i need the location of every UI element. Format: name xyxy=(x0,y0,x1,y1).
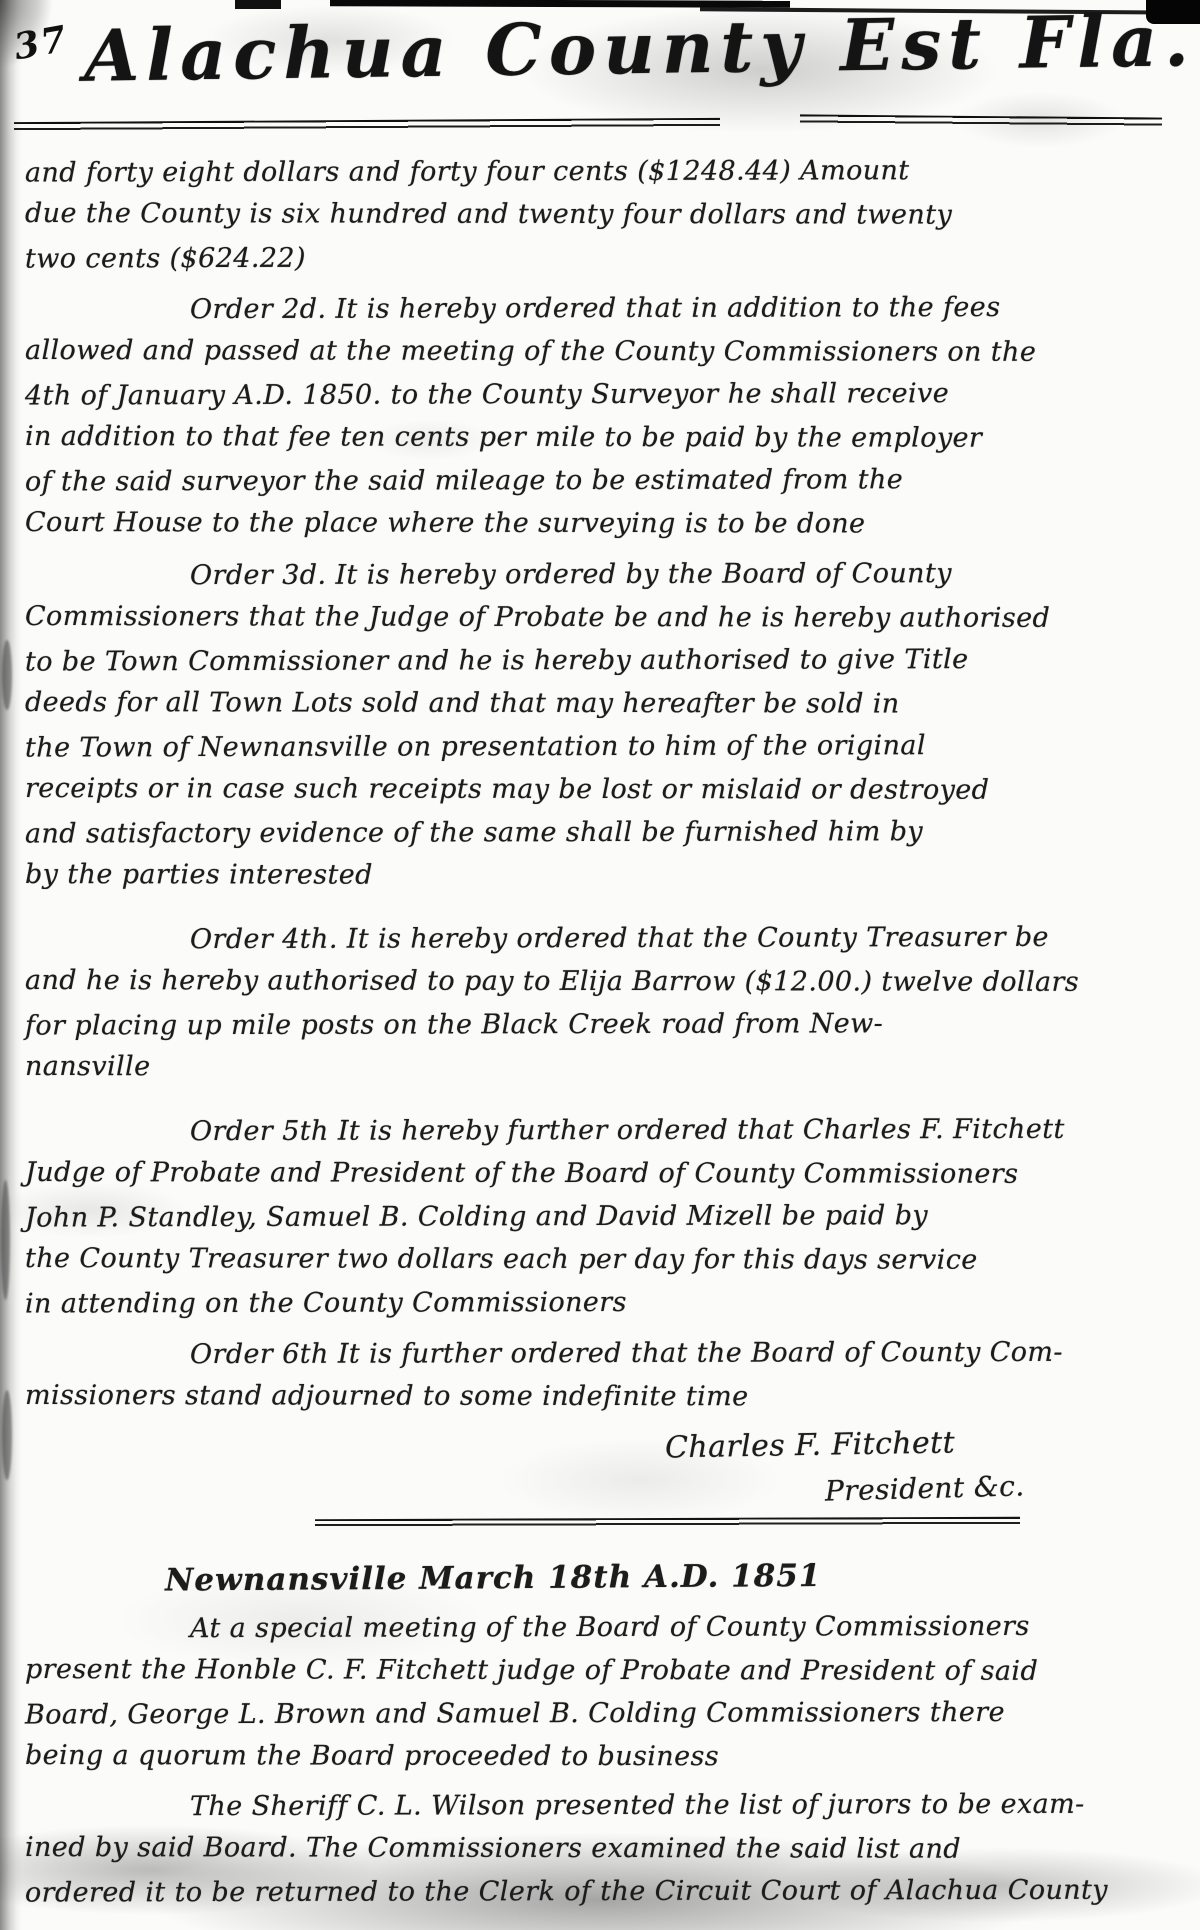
manuscript-line: and forty eight dollars and forty four c… xyxy=(25,148,1175,194)
section-date-heading: Newnansville March 18th A.D. 1851 xyxy=(165,1550,1175,1603)
edge-blotch xyxy=(2,640,12,710)
edge-blotch xyxy=(2,1390,12,1480)
paragraph: Order 6th It is further ordered that the… xyxy=(25,1332,1175,1418)
manuscript-line: and satisfactory evidence of the same sh… xyxy=(25,809,1175,855)
binding-edge-artifact xyxy=(0,0,22,1930)
manuscript-line: Judge of Probate and President of the Bo… xyxy=(25,1151,1175,1196)
paragraph: At a special meeting of the Board of Cou… xyxy=(25,1606,1175,1778)
paragraph: and forty eight dollars and forty four c… xyxy=(25,150,1175,279)
manuscript-line: ordered it to be returned to the Clerk o… xyxy=(25,1868,1175,1914)
manuscript-line: Commissioners that the Judge of Probate … xyxy=(25,595,1175,640)
manuscript-line: Order 6th It is further ordered that the… xyxy=(25,1330,1175,1376)
signature-title: President &c. xyxy=(824,1460,1175,1512)
heading-underline xyxy=(14,118,720,131)
manuscript-line: for placing up mile posts on the Black C… xyxy=(25,1001,1175,1047)
manuscript-line: due the County is six hundred and twenty… xyxy=(25,192,1175,237)
manuscript-line: receipts or in case such receipts may be… xyxy=(25,767,1175,812)
manuscript-line: Order 2d. It is hereby ordered that in a… xyxy=(25,285,1175,331)
section-divider xyxy=(315,1517,1020,1527)
paragraph: Order 2d. It is hereby ordered that in a… xyxy=(25,287,1175,545)
heading-underline xyxy=(800,114,1162,126)
manuscript-line: Order 3d. It is hereby ordered by the Bo… xyxy=(25,551,1175,597)
manuscript-line: Court House to the place where the surve… xyxy=(25,501,1175,546)
page-number: 37 xyxy=(11,18,72,69)
paragraph: The Sheriff C. L. Wilson presented the l… xyxy=(25,1784,1175,1913)
manuscript-line: Order 5th It is hereby further ordered t… xyxy=(25,1107,1175,1153)
manuscript-line: present the Honble C. F. Fitchett judge … xyxy=(25,1648,1175,1693)
manuscript-line: allowed and passed at the meeting of the… xyxy=(25,329,1175,374)
manuscript-line: At a special meeting of the Board of Cou… xyxy=(25,1604,1175,1650)
manuscript-line: the County Treasurer two dollars each pe… xyxy=(25,1237,1175,1282)
manuscript-line: ined by said Board. The Commissioners ex… xyxy=(25,1826,1175,1871)
edge-blotch xyxy=(1,1180,10,1300)
manuscript-line: nansville xyxy=(25,1045,1175,1090)
manuscript-line: John P. Standley, Samuel B. Colding and … xyxy=(25,1193,1175,1239)
manuscript-line: The Sheriff C. L. Wilson presented the l… xyxy=(25,1782,1175,1828)
manuscript-body: and forty eight dollars and forty four c… xyxy=(25,150,1175,1913)
paragraph: Order 5th It is hereby further ordered t… xyxy=(25,1109,1175,1324)
manuscript-line: Order 4th. It is hereby ordered that the… xyxy=(25,915,1175,961)
manuscript-line: to be Town Commissioner and he is hereby… xyxy=(25,637,1175,683)
top-edge-artifact xyxy=(235,0,281,9)
manuscript-line: in attending on the County Commissioners xyxy=(25,1279,1175,1325)
manuscript-line: deeds for all Town Lots sold and that ma… xyxy=(25,681,1175,726)
page-title: Alachua County Est Fla. xyxy=(83,0,1194,98)
paragraph: Order 3d. It is hereby ordered by the Bo… xyxy=(25,553,1175,897)
signature-block: Charles F. FitchettPresident &c. xyxy=(25,1422,1175,1508)
manuscript-line: in addition to that fee ten cents per mi… xyxy=(25,415,1175,460)
manuscript-line: being a quorum the Board proceeded to bu… xyxy=(25,1734,1175,1779)
manuscript-line: two cents ($624.22) xyxy=(25,234,1175,280)
manuscript-line: of the said surveyor the said mileage to… xyxy=(25,457,1175,503)
manuscript-line: and he is hereby authorised to pay to El… xyxy=(25,959,1175,1004)
paragraph: Order 4th. It is hereby ordered that the… xyxy=(25,917,1175,1089)
manuscript-line: Board, George L. Brown and Samuel B. Col… xyxy=(25,1690,1175,1736)
manuscript-line: the Town of Newnansville on presentation… xyxy=(25,723,1175,769)
manuscript-line: by the parties interested xyxy=(25,853,1175,898)
manuscript-line: 4th of January A.D. 1850. to the County … xyxy=(25,371,1175,417)
manuscript-line: missioners stand adjourned to some indef… xyxy=(25,1374,1175,1419)
scanned-document-page: { "document": { "page_number": "37", "he… xyxy=(0,0,1200,1930)
